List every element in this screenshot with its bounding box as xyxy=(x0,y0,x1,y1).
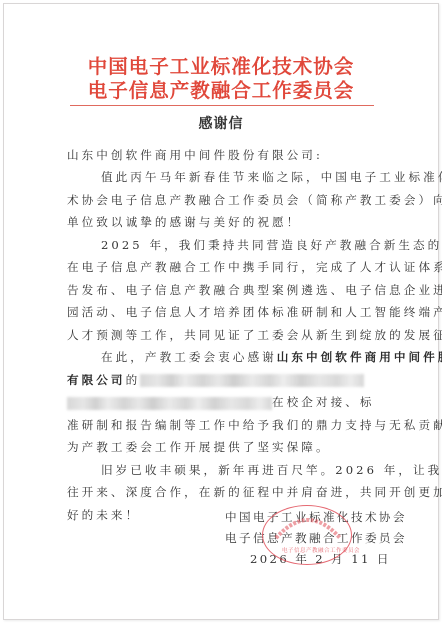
paragraph-3-prefix: 在此，产教工委会衷心感谢 xyxy=(101,350,277,364)
redacted-text-block xyxy=(140,374,364,387)
letterhead-divider xyxy=(70,105,374,106)
document-title: 感谢信 xyxy=(0,114,442,134)
paragraph-2-line-3: 告发布、电子信息产教融合典型案例遴选、电子信息企业进校 xyxy=(67,279,442,301)
company-name-bold-part2: 有限公司 xyxy=(67,373,126,387)
company-name-bold-part1: 山东中创软件商用中间件股份 xyxy=(277,350,442,364)
paragraph-1-line-3: 单位致以诚挚的感谢与美好的祝愿！ xyxy=(67,211,301,233)
letterhead-org-line2: 电子信息产教融合工作委员会 xyxy=(0,79,442,103)
paragraph-3-line-2: 有限公司的 xyxy=(67,369,364,391)
seal-inner-text: 电子信息产教融合工作委员会 xyxy=(282,546,360,554)
paragraph-3-line-4: 准研制和报告编制等工作中给予我们的鼎力支持与无私贡献， xyxy=(67,414,442,436)
paragraph-4-line-3: 好的未来！ xyxy=(67,504,140,526)
paragraph-3-line-1: 在此，产教工委会衷心感谢山东中创软件商用中间件股份 xyxy=(67,346,442,368)
paragraph-3-line-5: 为产教工委会工作开展提供了坚实保障。 xyxy=(67,436,331,458)
paragraph-2-line-4: 园活动、电子信息人才培养团体标准研制和人工智能终端产业 xyxy=(67,301,442,323)
paragraph-4-line-2: 往开来、深度合作，在新的征程中并肩奋进，共同开创更加美 xyxy=(67,481,442,503)
paragraph-3-line-3: 在校企对接、标 xyxy=(67,391,375,413)
paragraph-3-line3-suffix: 在校企对接、标 xyxy=(272,395,375,409)
seal-arc-text-icon xyxy=(268,508,348,542)
redacted-text-block xyxy=(67,397,272,410)
paragraph-4-line-1: 旧岁已收丰硕果，新年再进百尺竿。2026 年，让我们继 xyxy=(67,459,442,481)
paragraph-2-line-2: 在电子信息产教融合工作中携手同行，完成了人才认证体系报 xyxy=(67,256,442,278)
salutation: 山东中创软件商用中间件股份有限公司: xyxy=(67,144,323,166)
letterhead-org-line1: 中国电子工业标准化技术协会 xyxy=(0,55,442,79)
paragraph-2-line-1: 2025 年，我们秉持共同营造良好产教融合新生态的理念， xyxy=(67,234,442,256)
paragraph-2-line-5: 人才预测等工作，共同见证了工委会从新生到绽放的发展征程。 xyxy=(67,324,442,346)
paragraph-1-line-1: 值此丙午马年新春佳节来临之际，中国电子工业标准化技 xyxy=(67,166,442,188)
paragraph-3-line2-suffix: 的 xyxy=(126,373,141,387)
paragraph-1-line-2: 术协会电子信息产教融合工作委员会（简称产教工委会）向贵 xyxy=(67,189,442,211)
